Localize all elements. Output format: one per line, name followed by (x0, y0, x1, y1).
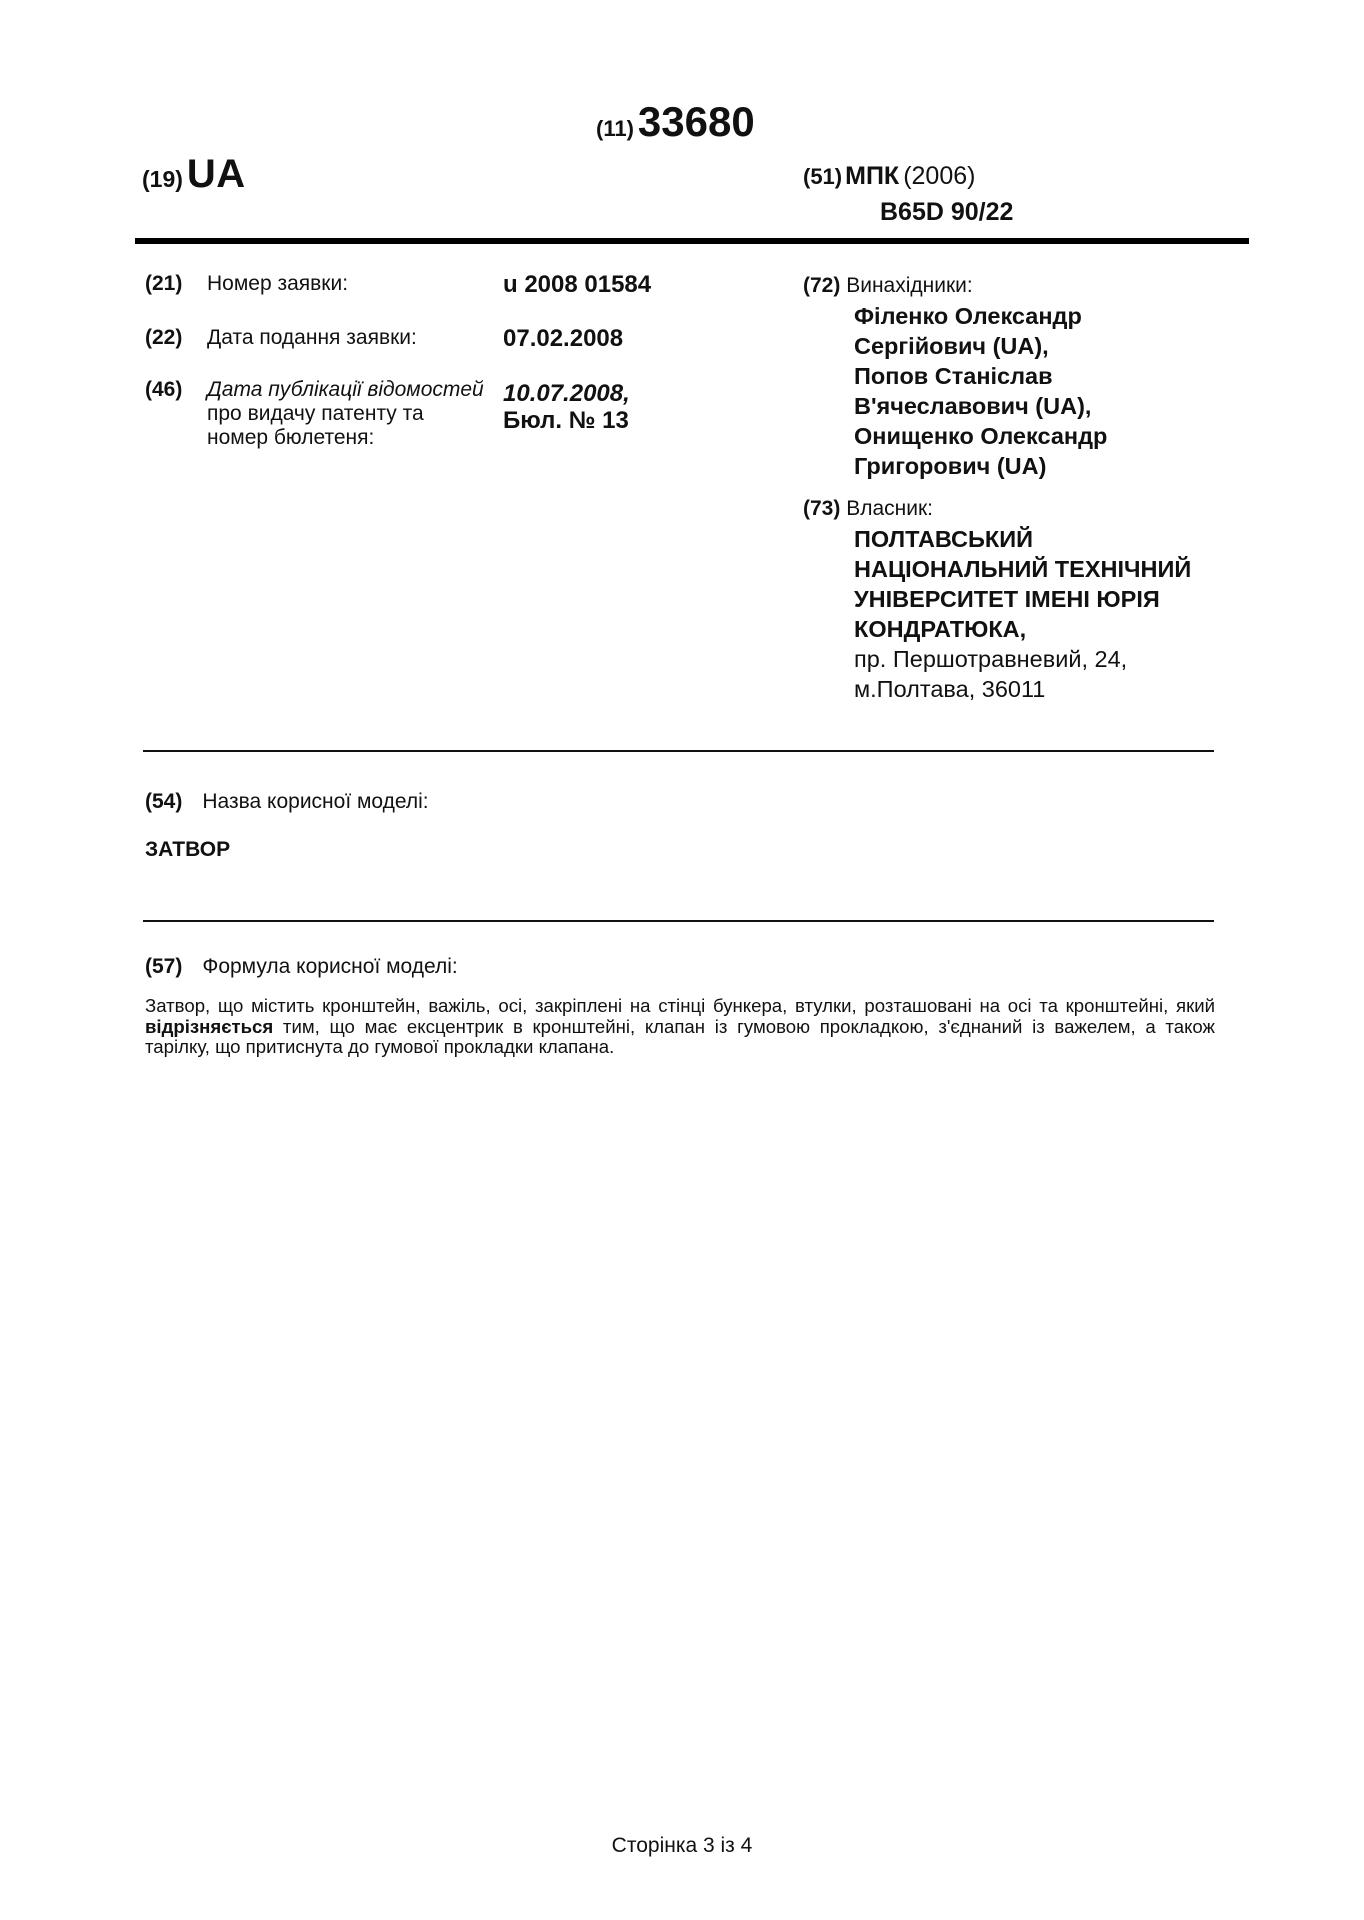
header-divider (135, 238, 1249, 244)
field-label: Дата публікації відомостей про видачу па… (207, 378, 507, 450)
ipc-edition: (2006) (903, 162, 975, 190)
inid-code: (46) (145, 378, 182, 402)
ipc-label: МПК (845, 162, 899, 190)
field-value: u 2008 01584 (503, 271, 651, 298)
label-line: про видачу патенту та (207, 402, 507, 426)
formula-key-phrase: відрізняється (145, 1016, 273, 1037)
country-code: (19)UA (142, 152, 246, 197)
inventor-line: Онищенко Олександр (854, 421, 1107, 451)
inid-code: (22) (145, 326, 182, 350)
owner-name-line: УНІВЕРСИТЕТ ІМЕНІ ЮРІЯ (854, 584, 1191, 614)
title-label: Назва корисної моделі: (202, 790, 428, 813)
inid-code: (54) (145, 790, 182, 813)
formula-label: Формула корисної моделі: (202, 955, 457, 978)
inventors-label: Винахідники: (846, 274, 973, 297)
formula-text-part: Затвор, що містить кронштейн, важіль, ос… (145, 995, 1215, 1016)
inventor-line: Філенко Олександр (854, 301, 1107, 331)
owner-section: (73) Власник: ПОЛТАВСЬКИЙ НАЦІОНАЛЬНИЙ Т… (803, 494, 1191, 704)
label-line: номер бюлетеня: (207, 426, 507, 450)
inventor-line: В'ячеславович (UA), (854, 391, 1107, 421)
publication-number-value: 33680 (638, 98, 755, 145)
inid-code: (21) (145, 272, 182, 296)
inid-code: (73) (803, 497, 840, 520)
owner-details: ПОЛТАВСЬКИЙ НАЦІОНАЛЬНИЙ ТЕХНІЧНИЙ УНІВЕ… (803, 524, 1191, 704)
field-label: Дата подання заявки: (207, 326, 507, 350)
publication-number: (11)33680 (596, 98, 755, 146)
ipc-class: B65D 90/22 (803, 196, 1013, 228)
country-value: UA (187, 152, 246, 196)
owner-label: Власник: (846, 497, 933, 520)
inventor-line: Попов Станіслав (854, 361, 1107, 391)
owner-address-line: м.Полтава, 36011 (854, 674, 1191, 704)
section-divider (143, 920, 1214, 922)
section-divider (143, 750, 1214, 752)
page-number: Сторінка 3 із 4 (0, 1834, 1364, 1858)
title-heading: (54)Назва корисної моделі: (145, 790, 429, 814)
formula-heading: (57)Формула корисної моделі: (145, 955, 458, 979)
value-line: Бюл. № 13 (503, 407, 630, 434)
ipc-classification: (51)МПК(2006) B65D 90/22 (803, 160, 1013, 228)
inventors-list: Філенко Олександр Сергійович (UA), Попов… (803, 301, 1107, 481)
inventors-section: (72) Винахідники: Філенко Олександр Серг… (803, 271, 1107, 481)
owner-name-line: ПОЛТАВСЬКИЙ (854, 524, 1191, 554)
inventor-line: Григорович (UA) (854, 451, 1107, 481)
formula-text-part: тим, що має ексцентрик в кронштейні, кла… (145, 1016, 1215, 1058)
field-value: 07.02.2008 (503, 325, 623, 352)
formula-text: Затвор, що містить кронштейн, важіль, ос… (145, 996, 1215, 1058)
owner-name-line: КОНДРАТЮКА, (854, 614, 1191, 644)
field-label: Номер заявки: (207, 272, 507, 296)
label-line: Дата публікації відомостей (207, 378, 507, 402)
owner-address-line: пр. Першотравневий, 24, (854, 644, 1191, 674)
owner-name-line: НАЦІОНАЛЬНИЙ ТЕХНІЧНИЙ (854, 554, 1191, 584)
value-line: 10.07.2008, (503, 380, 630, 407)
inid-code: (11) (596, 116, 634, 141)
inid-code: (51) (803, 164, 842, 189)
inventor-line: Сергійович (UA), (854, 331, 1107, 361)
inid-code: (19) (142, 166, 183, 192)
inid-code: (72) (803, 274, 840, 297)
utility-model-title: ЗАТВОР (145, 838, 230, 862)
inid-code: (57) (145, 955, 182, 978)
field-value: 10.07.2008, Бюл. № 13 (503, 380, 630, 434)
